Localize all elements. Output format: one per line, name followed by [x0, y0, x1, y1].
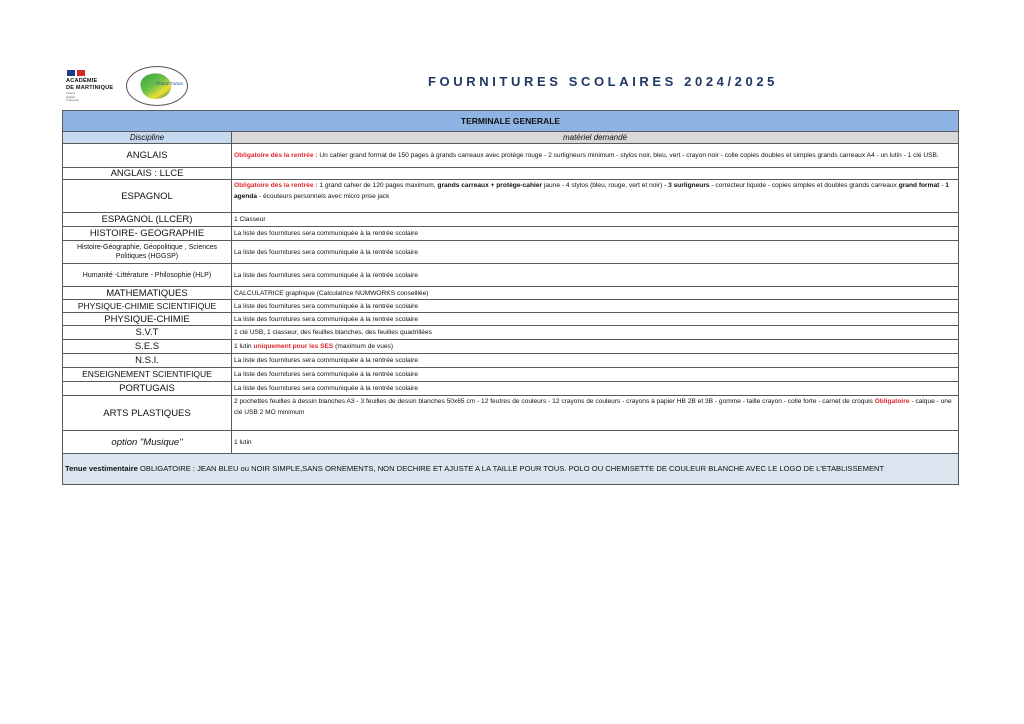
table-row: ESPAGNOL (LLCER)1 Classeur: [63, 213, 959, 227]
discipline-cell: HISTOIRE- GEOGRAPHIE: [63, 227, 232, 241]
discipline-cell: option "Musique": [63, 431, 232, 454]
discipline-cell: ARTS PLASTIQUES: [63, 396, 232, 431]
material-cell: La liste des fournitures sera communiqué…: [232, 241, 959, 264]
flag-icon: [77, 70, 85, 76]
discipline-cell: PORTUGAIS: [63, 382, 232, 396]
discipline-cell: ESPAGNOL (LLCER): [63, 213, 232, 227]
column-header-discipline: Discipline: [63, 132, 232, 144]
discipline-cell: N.S.I.: [63, 354, 232, 368]
academie-name: ACADÉMIE DE MARTINIQUE: [66, 78, 113, 91]
discipline-cell: PHYSIQUE-CHIMIE: [63, 313, 232, 326]
discipline-cell: MATHEMATIQUES: [63, 287, 232, 300]
material-cell: CALCULATRICE graphique (Calculatrice NUM…: [232, 287, 959, 300]
table-row: HISTOIRE- GEOGRAPHIELa liste des fournit…: [63, 227, 959, 241]
section-title: TERMINALE GENERALE: [63, 111, 959, 132]
material-cell: La liste des fournitures sera communiqué…: [232, 264, 959, 287]
dress-code-note: Tenue vestimentaire OBLIGATOIRE : JEAN B…: [63, 454, 959, 485]
material-cell: 1 Classeur: [232, 213, 959, 227]
material-cell: La liste des fournitures sera communiqué…: [232, 300, 959, 313]
discipline-cell: ENSEIGNEMENT SCIENTIFIQUE: [63, 368, 232, 382]
table-row: option "Musique"1 lutin: [63, 431, 959, 454]
material-cell: Obligatoire dès la rentrée : 1 grand cah…: [232, 180, 959, 213]
material-cell: 1 lutin: [232, 431, 959, 454]
material-cell: [232, 168, 959, 180]
table-row: ESPAGNOLObligatoire dès la rentrée : 1 g…: [63, 180, 959, 213]
material-cell: La liste des fournitures sera communiqué…: [232, 354, 959, 368]
discipline-cell: PHYSIQUE-CHIMIE SCIENTIFIQUE: [63, 300, 232, 313]
table-row: PHYSIQUE-CHIMIELa liste des fournitures …: [63, 313, 959, 326]
material-cell: La liste des fournitures sera communiqué…: [232, 368, 959, 382]
flag-icon: [67, 70, 75, 76]
discipline-cell: S.V.T: [63, 326, 232, 340]
material-cell: 2 pochettes feuilles à dessin blanches A…: [232, 396, 959, 431]
martinique-island-icon: [138, 70, 174, 103]
table-row: PORTUGAISLa liste des fournitures sera c…: [63, 382, 959, 396]
table-row: Histoire-Géographie, Géopolitique , Scie…: [63, 241, 959, 264]
discipline-cell: Humanité -Littérature - Philosophie (HLP…: [63, 264, 232, 287]
academie-logo: ACADÉMIE DE MARTINIQUE Liberté Égalité F…: [64, 64, 194, 108]
table-row: ARTS PLASTIQUES2 pochettes feuilles à de…: [63, 396, 959, 431]
supplies-table: TERMINALE GENERALE Discipline matériel d…: [62, 110, 959, 485]
discipline-cell: ANGLAIS : LLCE: [63, 168, 232, 180]
material-cell: 1 clé USB, 1 classeur, des feuilles blan…: [232, 326, 959, 340]
table-row: S.V.T1 clé USB, 1 classeur, des feuilles…: [63, 326, 959, 340]
column-header-material: matériel demandé: [232, 132, 959, 144]
material-cell: 1 lutin uniquement pour les SES (maximum…: [232, 340, 959, 354]
discipline-cell: ESPAGNOL: [63, 180, 232, 213]
material-cell: Obligatoire dès la rentrée : Un cahier g…: [232, 144, 959, 168]
table-row: Humanité -Littérature - Philosophie (HLP…: [63, 264, 959, 287]
material-cell: La liste des fournitures sera communiqué…: [232, 382, 959, 396]
discipline-cell: Histoire-Géographie, Géopolitique , Scie…: [63, 241, 232, 264]
dress-code-row: Tenue vestimentaire OBLIGATOIRE : JEAN B…: [63, 454, 959, 485]
table-row: ANGLAIS : LLCE: [63, 168, 959, 180]
table-row: MATHEMATIQUESCALCULATRICE graphique (Cal…: [63, 287, 959, 300]
material-cell: La liste des fournitures sera communiqué…: [232, 313, 959, 326]
republic-motto: Liberté Égalité Fraternité: [66, 92, 79, 103]
table-row: ANGLAISObligatoire dès la rentrée : Un c…: [63, 144, 959, 168]
material-cell: La liste des fournitures sera communiqué…: [232, 227, 959, 241]
section-header-row: TERMINALE GENERALE: [63, 111, 959, 132]
school-logo: Frantz Fanon: [126, 66, 188, 106]
discipline-cell: S.E.S: [63, 340, 232, 354]
page-title: FOURNITURES SCOLAIRES 2024/2025: [428, 74, 778, 89]
table-row: ENSEIGNEMENT SCIENTIFIQUELa liste des fo…: [63, 368, 959, 382]
table-row: N.S.I.La liste des fournitures sera comm…: [63, 354, 959, 368]
discipline-cell: ANGLAIS: [63, 144, 232, 168]
table-row: PHYSIQUE-CHIMIE SCIENTIFIQUELa liste des…: [63, 300, 959, 313]
table-row: S.E.S1 lutin uniquement pour les SES (ma…: [63, 340, 959, 354]
column-header-row: Discipline matériel demandé: [63, 132, 959, 144]
